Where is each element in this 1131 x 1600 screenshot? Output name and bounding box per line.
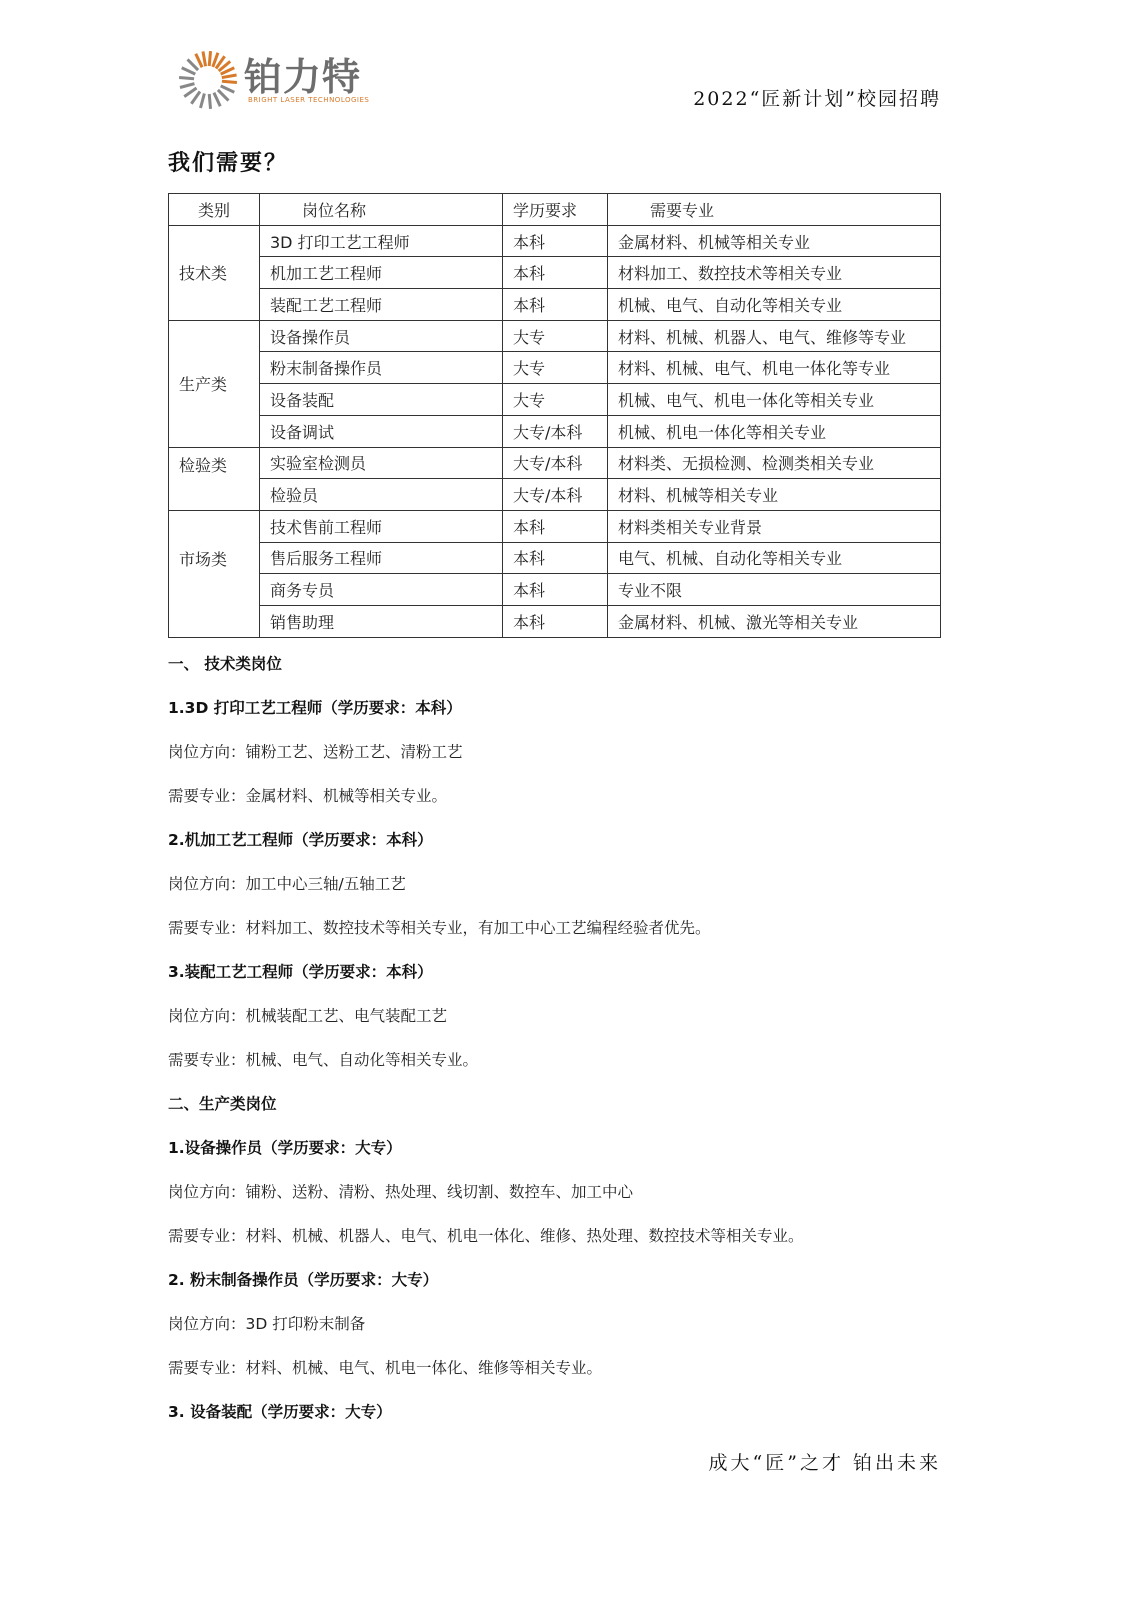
major-cell: 材料、机械、电气、机电一体化等专业 [608, 352, 941, 384]
job-title: 3.装配工艺工程师（学历要求：本科） [168, 960, 948, 982]
col-header-major: 需要专业 [608, 194, 941, 226]
table-row: 技术类 3D 打印工艺工程师 本科 金属材料、机械等相关专业 [169, 225, 941, 257]
position-cell: 检验员 [260, 479, 503, 511]
education-cell: 大专/本科 [503, 447, 608, 479]
page-title: 我们需要？ [168, 146, 288, 177]
education-cell: 本科 [503, 257, 608, 289]
position-cell: 设备调试 [260, 415, 503, 447]
job-title: 2. 粉末制备操作员（学历要求：大专） [168, 1268, 948, 1290]
table-row: 商务专员 本科 专业不限 [169, 574, 941, 606]
major-cell: 机械、机电一体化等相关专业 [608, 415, 941, 447]
job-direction: 岗位方向：铺粉工艺、送粉工艺、清粉工艺 [168, 740, 948, 762]
education-cell: 本科 [503, 605, 608, 637]
position-cell: 粉末制备操作员 [260, 352, 503, 384]
job-direction: 岗位方向：铺粉、送粉、清粉、热处理、线切割、数控车、加工中心 [168, 1180, 948, 1202]
education-cell: 本科 [503, 289, 608, 321]
major-cell: 电气、机械、自动化等相关专业 [608, 542, 941, 574]
footer-slogan: 成大“匠”之才 铂出未来 [709, 1448, 941, 1475]
position-cell: 装配工艺工程师 [260, 289, 503, 321]
job-direction: 岗位方向：加工中心三轴/五轴工艺 [168, 872, 948, 894]
section-heading-tech: 一、 技术类岗位 [168, 652, 948, 674]
job-major: 需要专业：材料、机械、电气、机电一体化、维修等相关专业。 [168, 1356, 948, 1378]
table-row: 销售助理 本科 金属材料、机械、激光等相关专业 [169, 605, 941, 637]
campaign-title: 2022“匠新计划”校园招聘 [693, 84, 941, 111]
education-cell: 本科 [503, 574, 608, 606]
major-cell: 金属材料、机械等相关专业 [608, 225, 941, 257]
table-row: 售后服务工程师 本科 电气、机械、自动化等相关专业 [169, 542, 941, 574]
category-cell: 技术类 [169, 225, 260, 320]
table-row: 检验员 大专/本科 材料、机械等相关专业 [169, 479, 941, 511]
position-cell: 销售助理 [260, 605, 503, 637]
position-cell: 实验室检测员 [260, 447, 503, 479]
position-cell: 机加工艺工程师 [260, 257, 503, 289]
logo-text-cn: 铂力特 [244, 46, 361, 101]
position-cell: 设备装配 [260, 384, 503, 416]
table-row: 机加工艺工程师 本科 材料加工、数控技术等相关专业 [169, 257, 941, 289]
positions-table: 类别 岗位名称 学历要求 需要专业 技术类 3D 打印工艺工程师 本科 金属材料… [168, 193, 941, 638]
major-cell: 材料类、无损检测、检测类相关专业 [608, 447, 941, 479]
company-logo: 铂力特 BRIGHT LASER TECHNOLOGIES [176, 44, 376, 114]
education-cell: 本科 [503, 542, 608, 574]
education-cell: 大专/本科 [503, 415, 608, 447]
job-major: 需要专业：金属材料、机械等相关专业。 [168, 784, 948, 806]
major-cell: 金属材料、机械、激光等相关专业 [608, 605, 941, 637]
major-cell: 材料类相关专业背景 [608, 510, 941, 542]
education-cell: 本科 [503, 510, 608, 542]
job-major: 需要专业：材料加工、数控技术等相关专业，有加工中心工艺编程经验者优先。 [168, 916, 948, 938]
job-title: 3. 设备装配（学历要求：大专） [168, 1400, 948, 1422]
job-title: 1.3D 打印工艺工程师（学历要求：本科） [168, 696, 948, 718]
position-cell: 商务专员 [260, 574, 503, 606]
major-cell: 机械、电气、自动化等相关专业 [608, 289, 941, 321]
major-cell: 材料、机械等相关专业 [608, 479, 941, 511]
col-header-category: 类别 [169, 194, 260, 226]
section-heading-production: 二、生产类岗位 [168, 1092, 948, 1114]
job-title: 1.设备操作员（学历要求：大专） [168, 1136, 948, 1158]
position-cell: 设备操作员 [260, 320, 503, 352]
category-cell: 检验类 [169, 447, 260, 510]
education-cell: 大专/本科 [503, 479, 608, 511]
category-cell: 市场类 [169, 510, 260, 637]
table-row: 装配工艺工程师 本科 机械、电气、自动化等相关专业 [169, 289, 941, 321]
col-header-position: 岗位名称 [260, 194, 503, 226]
sunburst-logo-icon [176, 48, 240, 112]
table-row: 粉末制备操作员 大专 材料、机械、电气、机电一体化等专业 [169, 352, 941, 384]
table-row: 设备装配 大专 机械、电气、机电一体化等相关专业 [169, 384, 941, 416]
major-cell: 材料加工、数控技术等相关专业 [608, 257, 941, 289]
job-title: 2.机加工艺工程师（学历要求：本科） [168, 828, 948, 850]
education-cell: 大专 [503, 352, 608, 384]
table-header-row: 类别 岗位名称 学历要求 需要专业 [169, 194, 941, 226]
table-row: 设备调试 大专/本科 机械、机电一体化等相关专业 [169, 415, 941, 447]
education-cell: 大专 [503, 384, 608, 416]
table-row: 市场类 技术售前工程师 本科 材料类相关专业背景 [169, 510, 941, 542]
logo-text-en: BRIGHT LASER TECHNOLOGIES [248, 96, 369, 104]
education-cell: 本科 [503, 225, 608, 257]
job-major: 需要专业：机械、电气、自动化等相关专业。 [168, 1048, 948, 1070]
category-cell: 生产类 [169, 320, 260, 447]
col-header-education: 学历要求 [503, 194, 608, 226]
position-cell: 3D 打印工艺工程师 [260, 225, 503, 257]
major-cell: 专业不限 [608, 574, 941, 606]
major-cell: 机械、电气、机电一体化等相关专业 [608, 384, 941, 416]
job-major: 需要专业：材料、机械、机器人、电气、机电一体化、维修、热处理、数控技术等相关专业… [168, 1224, 948, 1246]
job-direction: 岗位方向：3D 打印粉末制备 [168, 1312, 948, 1334]
job-details: 一、 技术类岗位 1.3D 打印工艺工程师（学历要求：本科） 岗位方向：铺粉工艺… [168, 652, 948, 1444]
table-row: 检验类 实验室检测员 大专/本科 材料类、无损检测、检测类相关专业 [169, 447, 941, 479]
position-cell: 售后服务工程师 [260, 542, 503, 574]
position-cell: 技术售前工程师 [260, 510, 503, 542]
education-cell: 大专 [503, 320, 608, 352]
major-cell: 材料、机械、机器人、电气、维修等专业 [608, 320, 941, 352]
table-row: 生产类 设备操作员 大专 材料、机械、机器人、电气、维修等专业 [169, 320, 941, 352]
job-direction: 岗位方向：机械装配工艺、电气装配工艺 [168, 1004, 948, 1026]
